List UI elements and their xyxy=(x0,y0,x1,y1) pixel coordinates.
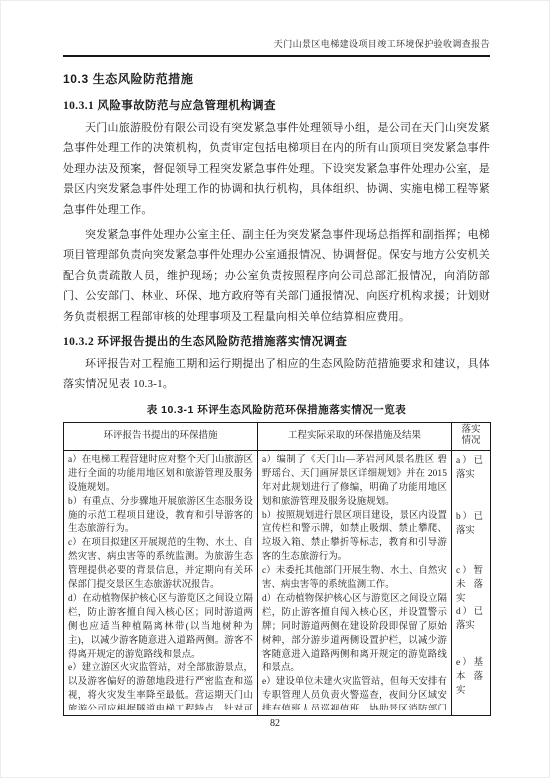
table-caption: 表 10.3-1 环评生态风险防范环保措施落实情况一览表 xyxy=(63,402,490,417)
page-content: 天门山景区电梯建设项目竣工环境保护验收调查报告 10.3 生态风险防范措施 10… xyxy=(63,39,490,716)
proposed-measures-list: a）在电梯工程营建时应对整个天门山旅游区进行全面的功能用地区划和旅游管理及服务设… xyxy=(68,454,253,710)
running-header: 天门山景区电梯建设项目竣工环境保护验收调查报告 xyxy=(63,39,490,57)
section-heading-10-3-1: 10.3.1 风险事故防范与应急管理机构调查 xyxy=(63,97,490,113)
column-header-status: 落实情况 xyxy=(452,422,491,450)
proposed-measure-d: d）在动植物保护核心区与游览区之间设立隔栏，防止游客擅自闯入核心区；同时游道两侧… xyxy=(68,593,253,663)
cell-proposed-measures: a）在电梯工程营建时应对整个天门山旅游区进行全面的功能用地区划和旅游管理及服务设… xyxy=(64,450,258,715)
cell-statuses: a）已落实 b）已落实 c）暂未落实 d）已落实 e）基本落实 xyxy=(452,450,491,715)
actual-measure-c: c）未委托其他部门开展生物、水土、自然灾害、病虫害等的系统监测工作。 xyxy=(262,565,447,593)
section-heading-10-3: 10.3 生态风险防范措施 xyxy=(63,70,490,87)
table-header-row: 环评报告书提出的环保措施 工程实际采取的环保措施及结果 落实情况 xyxy=(64,422,491,450)
actual-measure-b: b）按照规划进行景区项目建设，景区内设置宣传栏和警示牌，如禁止吸烟、禁止攀爬、垃… xyxy=(262,510,447,566)
status-c: c）暂未落实 xyxy=(456,565,483,607)
page-number: 82 xyxy=(1,718,549,729)
table-body-row: a）在电梯工程营建时应对整个天门山旅游区进行全面的功能用地区划和旅游管理及服务设… xyxy=(64,450,491,715)
proposed-measure-b: b）有重点、分步骤地开展旅游区生态服务设施的示范工程项目建设，教育和引导游客的生… xyxy=(68,496,253,538)
actual-measure-d: d）在动植物保护核心区与游览区之间设立隔栏，防止游客擅自闯入核心区，并设置警示牌… xyxy=(262,593,447,676)
actual-measures-list: a）编制了《天门山—茅岩河风景名胜区 碧野瑶台、天门画屏景区详细规划》并在 20… xyxy=(262,454,447,710)
column-header-proposed-measures: 环评报告书提出的环保措施 xyxy=(64,422,258,450)
status-d: d）已落实 xyxy=(456,606,483,634)
paragraph-eia-requirements: 环评报告对工程施工期和运行期提出了相应的生态风险防范措施要求和建议，具体落实情况… xyxy=(63,354,490,395)
status-e: e）基本落实 xyxy=(456,657,483,699)
measures-table: 环评报告书提出的环保措施 工程实际采取的环保措施及结果 落实情况 a）在电梯工程… xyxy=(63,422,491,716)
cell-actual-measures: a）编制了《天门山—茅岩河风景名胜区 碧野瑶台、天门画屏景区详细规划》并在 20… xyxy=(258,450,452,715)
document-page: 天门山景区电梯建设项目竣工环境保护验收调查报告 10.3 生态风险防范措施 10… xyxy=(0,0,550,778)
paragraph-emergency-leading-group: 天门山旅游股份有限公司设有突发紧急事件处理领导小组，是公司在天门山突发紧急事件处… xyxy=(63,118,490,220)
proposed-measure-c: c）在项目拟建区开展规范的生物、水土、自然灾害、病虫害等的系统监测。为旅游生态管… xyxy=(68,537,253,593)
column-header-actual-measures: 工程实际采取的环保措施及结果 xyxy=(258,422,452,450)
status-b: b）已落实 xyxy=(456,511,483,539)
status-a: a）已落实 xyxy=(456,455,483,483)
proposed-measure-a: a）在电梯工程营建时应对整个天门山旅游区进行全面的功能用地区划和旅游管理及服务设… xyxy=(68,454,253,496)
proposed-measure-e: e）建立游区火灾监管站，对全部旅游景点，以及游客偏好的游憩地段进行严密监查和巡视… xyxy=(68,662,253,709)
actual-measure-e: e）建设单位未建火灾监管站，但每天安排有专职管理人员负责火警巡查，夜间分区域安排… xyxy=(262,676,447,710)
paragraph-emergency-office-duties: 突发紧急事件处理办公室主任、副主任为突发紧急事件现场总指挥和副指挥；电梯项目管理… xyxy=(63,225,490,327)
section-heading-10-3-2: 10.3.2 环评报告提出的生态风险防范措施落实情况调查 xyxy=(63,333,490,349)
actual-measure-a: a）编制了《天门山—茅岩河风景名胜区 碧野瑶台、天门画屏景区详细规划》并在 20… xyxy=(262,454,447,510)
